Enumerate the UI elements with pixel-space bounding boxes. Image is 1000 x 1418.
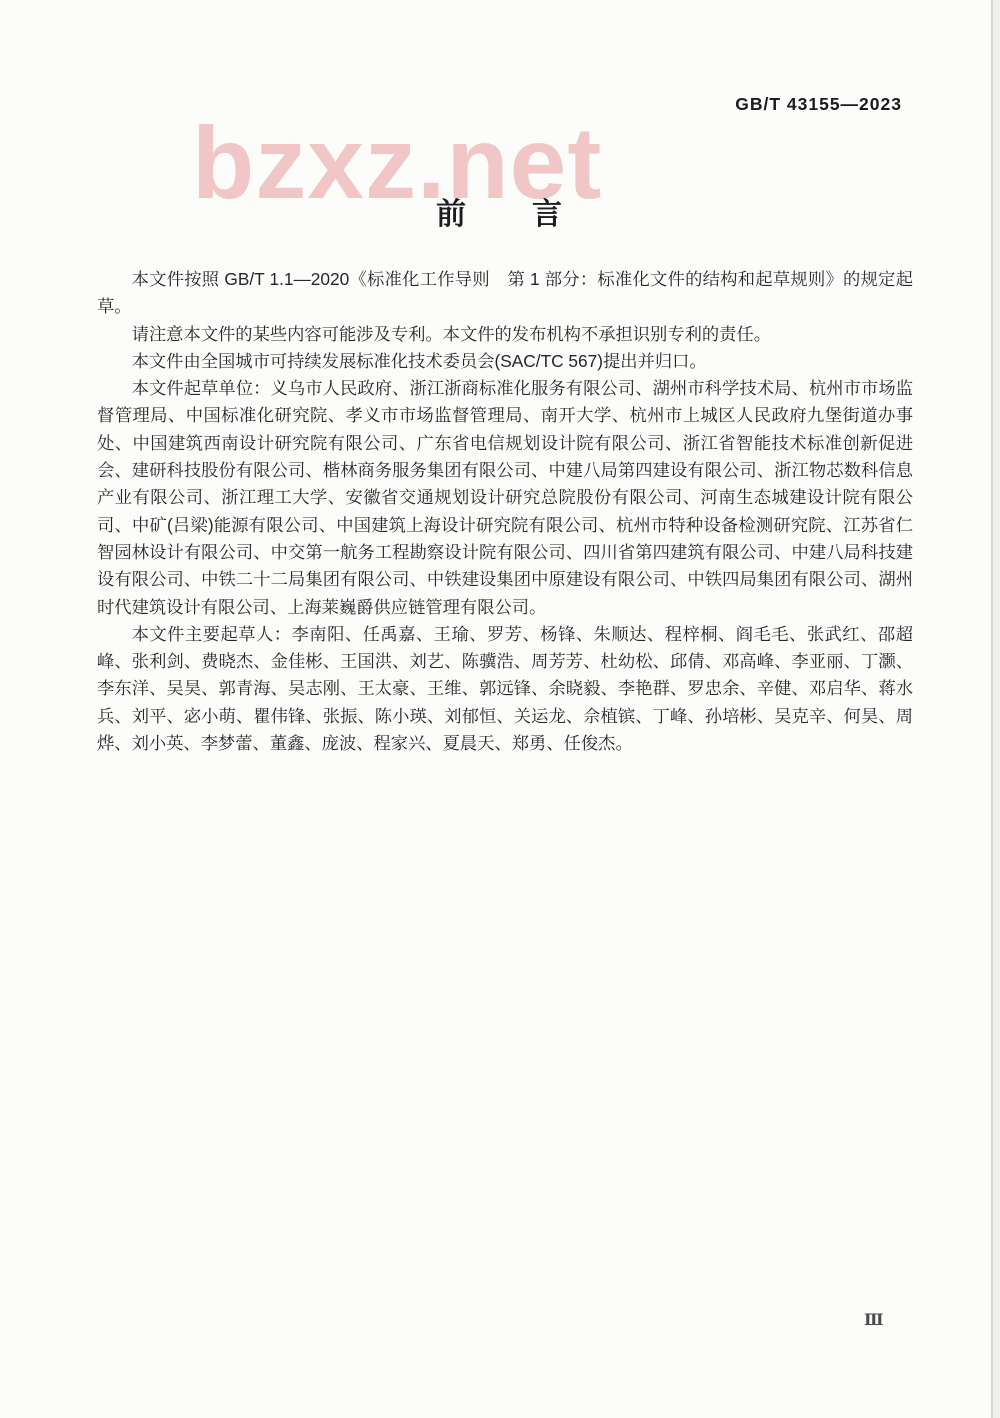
standard-code: GB/T 43155—2023 xyxy=(735,94,902,115)
document-page: GB/T 43155—2023 bzxz.net 前 言 本文件按照 GB/T … xyxy=(0,0,1000,1418)
foreword-paragraph-committee: 本文件由全国城市可持续发展标准化技术委员会(SAC/TC 567)提出并归口。 xyxy=(97,348,913,375)
foreword-paragraph-drafting-units: 本文件起草单位：义乌市人民政府、浙江浙商标准化服务有限公司、湖州市科学技术局、杭… xyxy=(97,375,913,621)
foreword-body: 本文件按照 GB/T 1.1—2020《标准化工作导则 第 1 部分：标准化文件… xyxy=(97,266,913,757)
foreword-paragraph-drafting-rule: 本文件按照 GB/T 1.1—2020《标准化工作导则 第 1 部分：标准化文件… xyxy=(97,266,913,321)
page-title: 前 言 xyxy=(0,189,1000,233)
foreword-paragraph-patent-note: 请注意本文件的某些内容可能涉及专利。本文件的发布机构不承担识别专利的责任。 xyxy=(97,321,913,348)
page-number: Ⅲ xyxy=(864,1310,884,1330)
foreword-paragraph-drafters: 本文件主要起草人：李南阳、任禹嘉、王瑜、罗芳、杨锋、朱顺达、程梓桐、阎毛毛、张武… xyxy=(97,621,913,757)
